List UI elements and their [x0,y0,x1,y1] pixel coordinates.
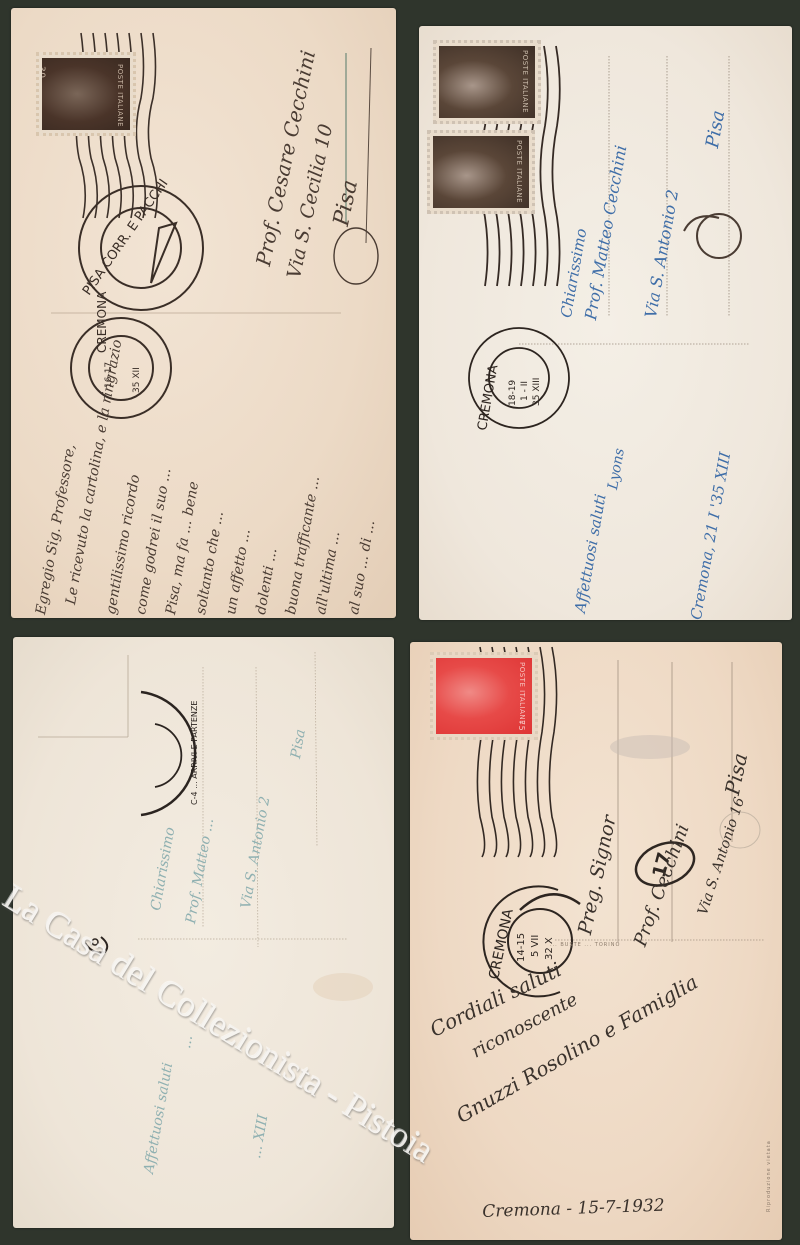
printed-imprint: ... BUSTE ... TORINO [550,942,620,948]
svg-text:5 VII: 5 VII [530,935,541,957]
postcard-bottom-left-markings: C-4 ... ARRIVI E PARTENZE [13,637,394,1228]
svg-text:CREMONA: CREMONA [95,291,109,353]
stamp-red-75: POSTE ITALIANE 75 [430,652,538,740]
message-line: ... [178,1034,196,1050]
svg-text:1 - II: 1 - II [520,381,530,401]
stamp-brown-30: POSTE ITALIANE 30 [36,52,136,136]
postcard-top-right: CREMONA 18-19 1 - II 35 XIII POSTE ITALI… [419,26,792,620]
printed-side-text: Riproduzione vietata [766,1140,772,1212]
postcard-bottom-right: 17 CREMONA 14-15 5 VII 32 X POSTE ITALIA… [410,642,782,1240]
svg-text:35 XII: 35 XII [132,367,142,393]
postcard-top-left: PISA CORR. E PACCHI CREMONA 16-17 35 XII… [11,8,396,618]
svg-text:CREMONA: CREMONA [486,907,517,981]
svg-text:18-19: 18-19 [508,380,518,406]
stamp-brown-15-upper: POSTE ITALIANE [433,40,541,124]
svg-text:35 XIII: 35 XIII [532,378,542,406]
svg-text:14-15: 14-15 [516,933,527,962]
svg-text:C-4 ... ARRIVI E PARTENZE: C-4 ... ARRIVI E PARTENZE [190,701,199,805]
svg-text:CREMONA: CREMONA [475,364,501,432]
stamp-brown-15-lower: POSTE ITALIANE [427,130,535,214]
postcard-bottom-left: C-4 ... ARRIVI E PARTENZE Chiarissimo Pr… [13,637,394,1228]
